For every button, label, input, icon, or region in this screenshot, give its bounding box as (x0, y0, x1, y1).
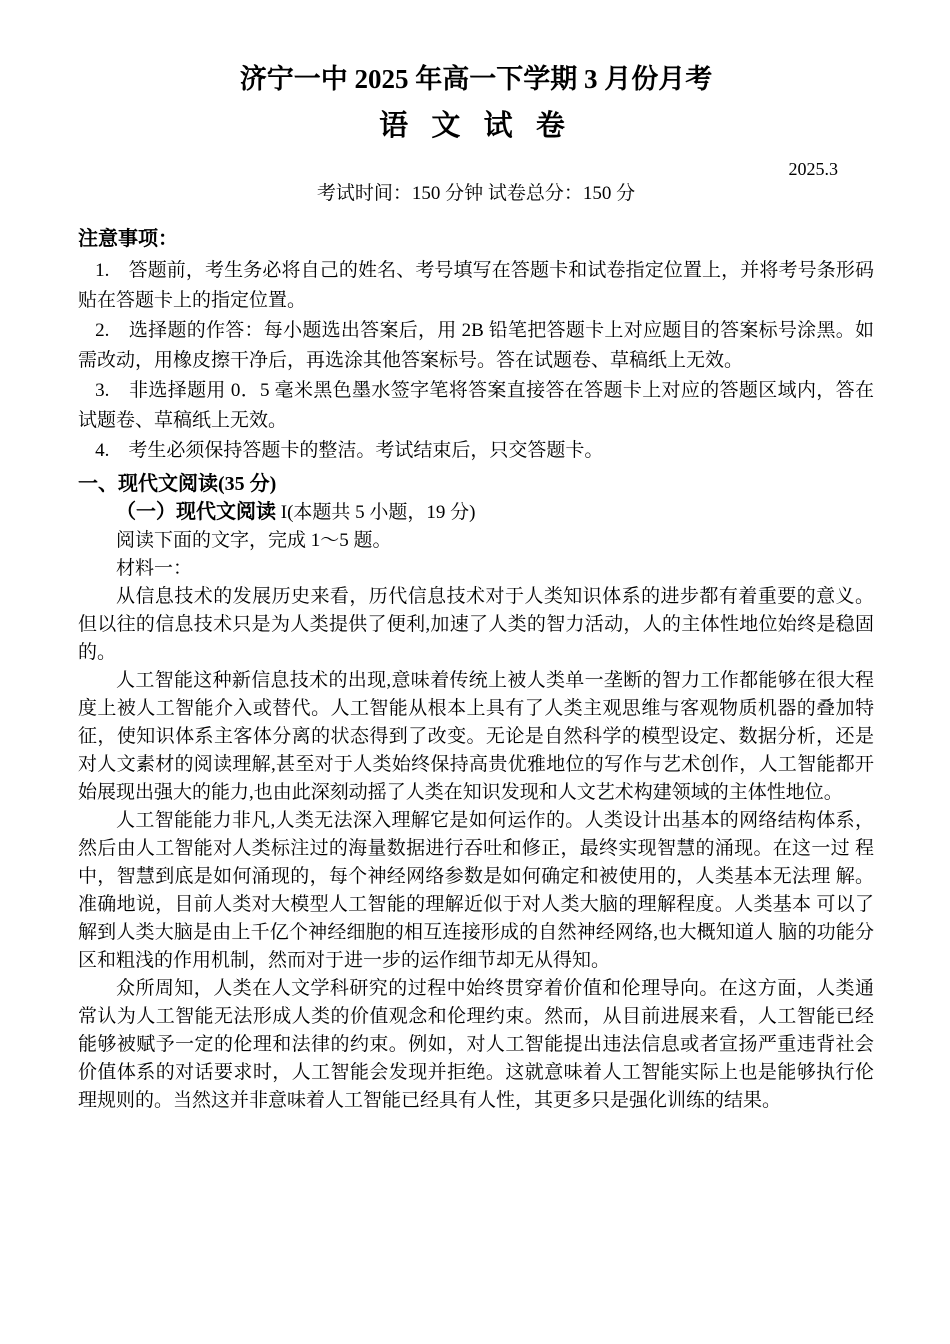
section-subheading-rest: I(本题共 5 小题，19 分) (276, 502, 475, 523)
section-heading-modern-reading: 一、现代文阅读(35 分) (78, 470, 874, 498)
notice-item-3: 3. 非选择题用 0．5 毫米黑色墨水签字笔将答案直接答在答题卡上对应的答题区域… (78, 376, 874, 436)
exam-subtitle: 语 文 试 卷 (78, 108, 874, 144)
passage-paragraph-4: 众所周知，人类在人文学科研究的过程中始终贯穿着价值和伦理导向。在这方面，人类通常… (78, 975, 874, 1115)
passage-paragraph-1: 从信息技术的发展历史来看，历代信息技术对于人类知识体系的进步都有着重要的意义。但… (78, 583, 874, 667)
passage-paragraph-2: 人工智能这种新信息技术的出现,意味着传统上被人类单一垄断的智力工作都能够在很大程… (78, 667, 874, 807)
notice-item-1: 1. 答题前，考生务必将自己的姓名、考号填写在答题卡和试卷指定位置上，并将考号条… (78, 256, 874, 316)
exam-date: 2025.3 (78, 158, 838, 180)
exam-paper-page: 济宁一中 2025 年高一下学期 3 月份月考 语 文 试 卷 2025.3 考… (0, 0, 950, 1344)
notice-heading: 注意事项： (78, 226, 874, 252)
section-subheading-reading-1: （一）现代文阅读 I(本题共 5 小题，19 分) (78, 498, 874, 527)
passage-material-1: 从信息技术的发展历史来看，历代信息技术对于人类知识体系的进步都有着重要的意义。但… (78, 583, 874, 1115)
section-subheading-bold: （一）现代文阅读 (116, 501, 276, 523)
exam-title: 济宁一中 2025 年高一下学期 3 月份月考 (78, 62, 874, 96)
exam-duration-line: 考试时间：150 分钟 试卷总分：150 分 (78, 182, 874, 206)
notice-item-2: 2. 选择题的作答：每小题选出答案后，用 2B 铅笔把答题卡上对应题目的答案标号… (78, 316, 874, 376)
notice-section: 注意事项： 1. 答题前，考生务必将自己的姓名、考号填写在答题卡和试卷指定位置上… (78, 226, 874, 466)
passage-paragraph-3: 人工智能能力非凡,人类无法深入理解它是如何运作的。人类设计出基本的网络结构体系，… (78, 807, 874, 975)
notice-item-4: 4. 考生必须保持答题卡的整洁。考试结束后，只交答题卡。 (78, 436, 874, 466)
material-label: 材料一： (78, 555, 874, 583)
reading-instruction: 阅读下面的文字，完成 1～5 题。 (78, 527, 874, 555)
